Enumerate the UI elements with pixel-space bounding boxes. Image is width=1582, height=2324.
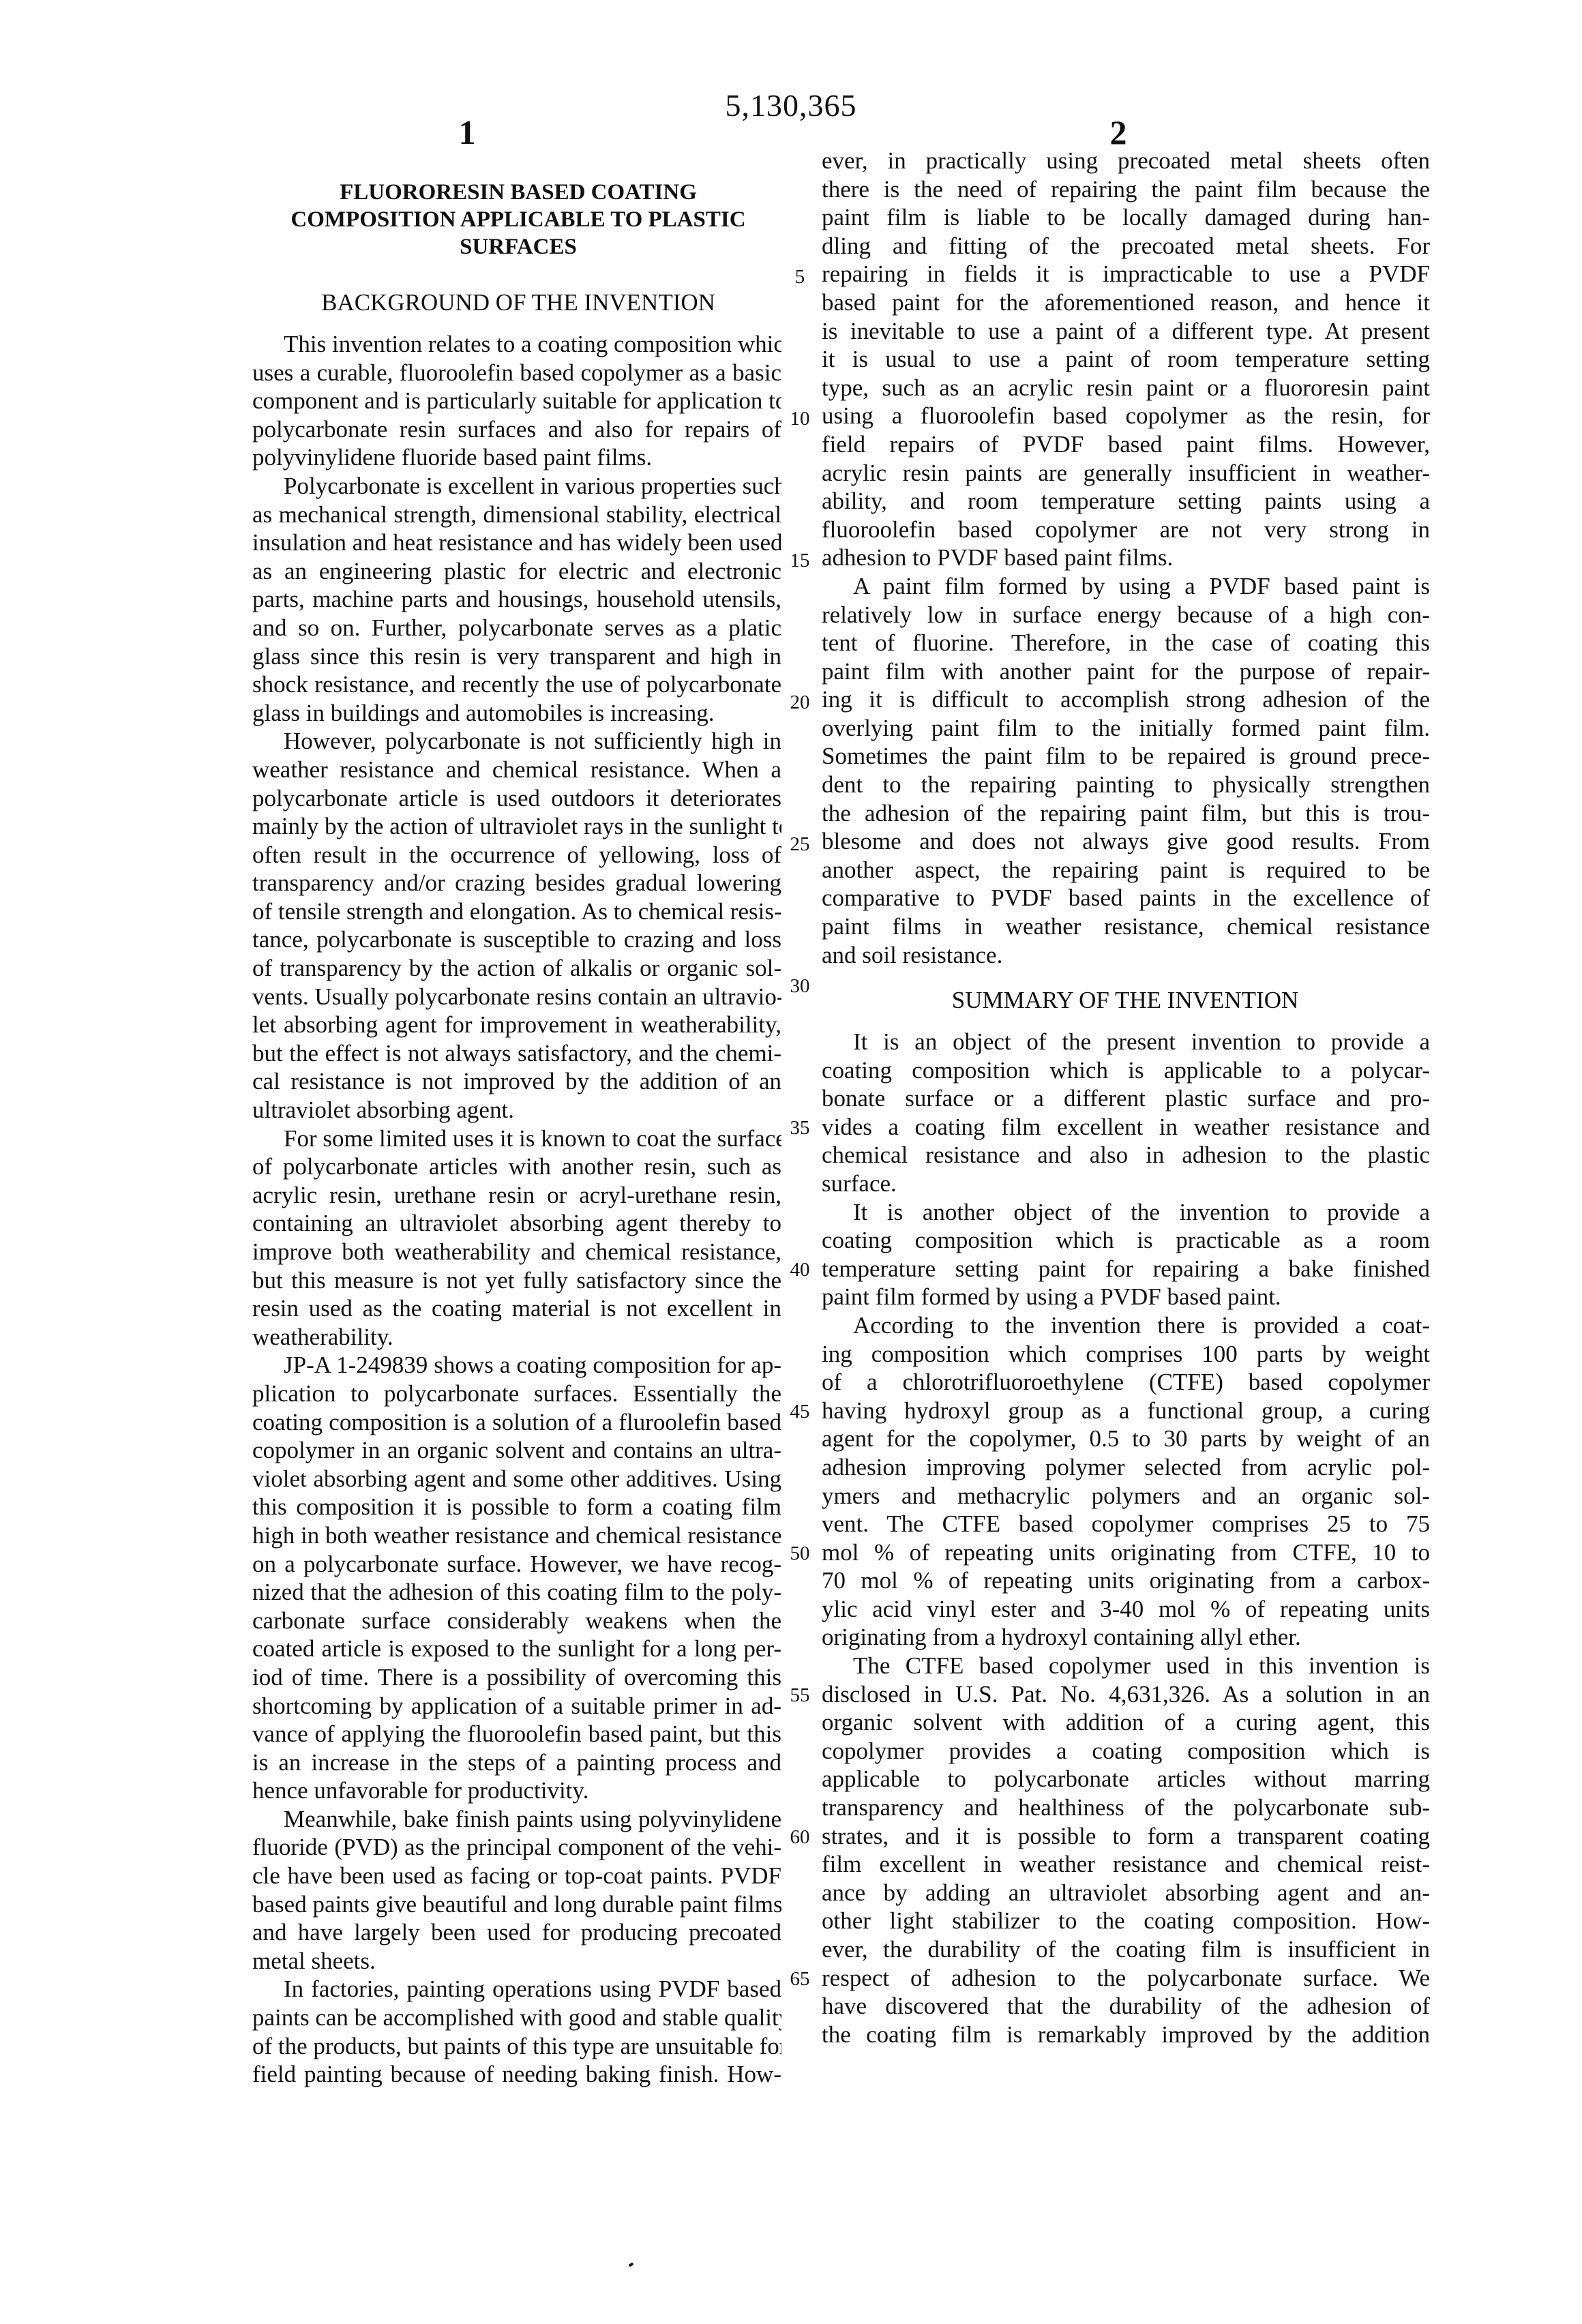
text-line: of the products, but paints of this type… (252, 2032, 781, 2061)
text-line: containing an ultraviolet absorbing agen… (252, 1209, 781, 1238)
title-line: FLUORORESIN BASED COATING (252, 179, 784, 206)
line-number: 15 (783, 550, 817, 572)
text-line: A paint film formed by using a PVDF base… (822, 572, 1430, 601)
text-line: ylic acid vinyl ester and 3-40 mol % of … (822, 1595, 1430, 1624)
text-line: According to the invention there is prov… (822, 1311, 1430, 1340)
text-line: of a chlorotrifluoroethylene (CTFE) base… (822, 1368, 1430, 1397)
text-line: it is usual to use a paint of room tempe… (822, 345, 1430, 374)
text-line: agent for the copolymer, 0.5 to 30 parts… (822, 1425, 1430, 1453)
text-line: repairing in fields it is impracticable … (822, 260, 1430, 288)
text-line: cle have been used as facing or top-coat… (252, 1862, 781, 1890)
text-line: In factories, painting operations using … (252, 1975, 781, 2003)
text-line: have discovered that the durability of t… (822, 1992, 1430, 2021)
text-line: is inevitable to use a paint of a differ… (822, 317, 1430, 346)
text-line: there is the need of repairing the paint… (822, 175, 1430, 204)
line-number: 30 (783, 975, 817, 998)
line-number: 20 (783, 691, 817, 714)
right-column-text-bottom: It is an object of the present invention… (822, 1028, 1430, 2049)
text-line: hence unfavorable for productivity. (252, 1776, 781, 1805)
text-line: this composition it is possible to form … (252, 1493, 781, 1521)
text-line: of polycarbonate articles with another r… (252, 1152, 781, 1181)
text-line: iod of time. There is a possibility of o… (252, 1663, 781, 1692)
text-line: polyvinylidene fluoride based paint film… (252, 443, 781, 472)
text-line: paint films in weather resistance, chemi… (822, 912, 1430, 941)
text-line: comparative to PVDF based paints in the … (822, 884, 1430, 912)
text-line: high in both weather resistance and chem… (252, 1521, 781, 1550)
text-line: as mechanical strength, dimensional stab… (252, 501, 781, 529)
text-line: For some limited uses it is known to coa… (252, 1124, 781, 1153)
text-line: paint film formed by using a PVDF based … (822, 1283, 1430, 1311)
text-line: cal resistance is not improved by the ad… (252, 1067, 781, 1096)
text-line: film excellent in weather resistance and… (822, 1850, 1430, 1879)
line-number: 40 (783, 1259, 817, 1281)
scan-speck (628, 2263, 633, 2267)
text-line: but the effect is not always satisfactor… (252, 1039, 781, 1068)
text-line: paint film with another paint for the pu… (822, 657, 1430, 686)
text-line: paint film is liable to be locally damag… (822, 203, 1430, 232)
text-line: component and is particularly suitable f… (252, 387, 781, 415)
text-line: acrylic resin, urethane resin or acryl-u… (252, 1181, 781, 1210)
text-line: as an engineering plastic for electric a… (252, 557, 781, 586)
text-line: using a fluoroolefin based copolymer as … (822, 402, 1430, 430)
right-column-text-top: ever, in practically using precoated met… (822, 147, 1430, 969)
text-line: ing it is difficult to accomplish strong… (822, 685, 1430, 714)
text-line: tance, polycarbonate is susceptible to c… (252, 925, 781, 954)
text-line: blesome and does not always give good re… (822, 827, 1430, 856)
line-number: 35 (783, 1117, 817, 1139)
text-line: ultraviolet absorbing agent. (252, 1096, 781, 1124)
text-line: nized that the adhesion of this coating … (252, 1578, 781, 1607)
text-line: Meanwhile, bake finish paints using poly… (252, 1805, 781, 1834)
text-line: having hydroxyl group as a functional gr… (822, 1397, 1430, 1425)
text-line: organic solvent with addition of a curin… (822, 1708, 1430, 1737)
text-line: improve both weatherability and chemical… (252, 1238, 781, 1266)
text-line: copolymer provides a coating composition… (822, 1737, 1430, 1766)
text-line: fluoroolefin based copolymer are not ver… (822, 516, 1430, 544)
line-number: 5 (783, 266, 817, 288)
text-line: It is an object of the present invention… (822, 1028, 1430, 1056)
summary-heading: SUMMARY OF THE INVENTION (822, 987, 1429, 1014)
text-line: polycarbonate resin surfaces and also fo… (252, 415, 781, 444)
text-line: of tensile strength and elongation. As t… (252, 897, 781, 926)
text-line: ever, in practically using precoated met… (822, 147, 1430, 175)
text-line: but this measure is not yet fully satisf… (252, 1266, 781, 1295)
text-line: the adhesion of the repairing paint film… (822, 799, 1430, 828)
text-line: acrylic resin paints are generally insuf… (822, 459, 1430, 488)
text-line: insulation and heat resistance and has w… (252, 528, 781, 557)
title-line: SURFACES (252, 233, 784, 260)
text-line: surface. (822, 1170, 1430, 1198)
text-line: vance of applying the fluoroolefin based… (252, 1720, 781, 1748)
text-line: type, such as an acrylic resin paint or … (822, 374, 1430, 402)
text-line: dling and fitting of the precoated metal… (822, 232, 1430, 260)
text-line: strates, and it is possible to form a tr… (822, 1822, 1430, 1851)
line-number: 60 (783, 1826, 817, 1849)
patent-number: 5,130,365 (0, 87, 1582, 123)
text-line: polycarbonate article is used outdoors i… (252, 784, 781, 813)
text-line: fluoride (PVD) as the principal componen… (252, 1833, 781, 1862)
text-line: other light stabilizer to the coating co… (822, 1907, 1430, 1935)
title-line: COMPOSITION APPLICABLE TO PLASTIC (252, 206, 784, 233)
text-line: ymers and methacrylic polymers and an or… (822, 1482, 1430, 1510)
text-line: parts, machine parts and housings, house… (252, 585, 781, 614)
line-number: 55 (783, 1684, 817, 1707)
text-line: weatherability. (252, 1323, 781, 1352)
patent-title: FLUORORESIN BASED COATING COMPOSITION AP… (252, 179, 784, 260)
text-line: glass in buildings and automobiles is in… (252, 699, 781, 728)
text-line: is an increase in the steps of a paintin… (252, 1748, 781, 1777)
text-line: mol % of repeating units originating fro… (822, 1538, 1430, 1567)
patent-page: 5,130,365 1 2 FLUORORESIN BASED COATING … (0, 0, 1582, 2324)
text-line: of transparency by the action of alkalis… (252, 954, 781, 983)
text-line: transparency and/or crazing besides grad… (252, 869, 781, 897)
text-line: This invention relates to a coating comp… (252, 330, 781, 359)
text-line: glass since this resin is very transpare… (252, 642, 781, 671)
text-line: temperature setting paint for repairing … (822, 1255, 1430, 1283)
text-line: Polycarbonate is excellent in various pr… (252, 472, 781, 501)
text-line: ance by adding an ultraviolet absorbing … (822, 1879, 1430, 1907)
text-line: resin used as the coating material is no… (252, 1294, 781, 1323)
column-number-left: 1 (433, 113, 501, 152)
text-line: metal sheets. (252, 1947, 781, 1976)
text-line: weather resistance and chemical resistan… (252, 756, 781, 784)
text-line: another aspect, the repairing paint is r… (822, 856, 1430, 884)
text-line: often result in the occurrence of yellow… (252, 841, 781, 869)
text-line: relatively low in surface energy because… (822, 601, 1430, 629)
text-line: ing composition which comprises 100 part… (822, 1340, 1430, 1369)
text-line: based paints give beautiful and long dur… (252, 1890, 781, 1919)
line-number: 45 (783, 1401, 817, 1423)
text-line: chemical resistance and also in adhesion… (822, 1141, 1430, 1170)
line-number: 25 (783, 833, 817, 856)
text-line: mainly by the action of ultraviolet rays… (252, 812, 781, 841)
text-line: originating from a hydroxyl containing a… (822, 1623, 1430, 1652)
text-line: adhesion improving polymer selected from… (822, 1453, 1430, 1482)
text-line: and so on. Further, polycarbonate serves… (252, 614, 781, 642)
text-line: ability, and room temperature setting pa… (822, 487, 1430, 516)
text-line: disclosed in U.S. Pat. No. 4,631,326. As… (822, 1680, 1430, 1709)
left-column-text: This invention relates to a coating comp… (252, 330, 781, 2089)
text-line: field painting because of needing baking… (252, 2060, 781, 2089)
text-line: tent of fluorine. Therefore, in the case… (822, 629, 1430, 657)
text-line: respect of adhesion to the polycarbonate… (822, 1964, 1430, 1993)
text-line: 70 mol % of repeating units originating … (822, 1566, 1430, 1595)
text-line: dent to the repairing painting to physic… (822, 771, 1430, 799)
text-line: shock resistance, and recently the use o… (252, 670, 781, 699)
text-line: paints can be accomplished with good and… (252, 2003, 781, 2032)
text-line: shortcoming by application of a suitable… (252, 1692, 781, 1720)
text-line: and have largely been used for producing… (252, 1918, 781, 1947)
text-line: vents. Usually polycarbonate resins cont… (252, 983, 781, 1011)
text-line: coating composition which is practicable… (822, 1226, 1430, 1255)
line-number: 50 (783, 1543, 817, 1565)
text-line: vent. The CTFE based copolymer comprises… (822, 1510, 1430, 1538)
text-line: coating composition is a solution of a f… (252, 1408, 781, 1437)
text-line: overlying paint film to the initially fo… (822, 714, 1430, 743)
text-line: plication to polycarbonate surfaces. Ess… (252, 1380, 781, 1408)
text-line: copolymer in an organic solvent and cont… (252, 1436, 781, 1465)
text-line: It is another object of the invention to… (822, 1198, 1430, 1227)
text-line: JP-A 1-249839 shows a coating compositio… (252, 1351, 781, 1380)
text-line: applicable to polycarbonate articles wit… (822, 1765, 1430, 1793)
text-line: the coating film is remarkably improved … (822, 2021, 1430, 2049)
text-line: transparency and healthiness of the poly… (822, 1793, 1430, 1822)
text-line: field repairs of PVDF based paint films.… (822, 430, 1430, 459)
text-line: carbonate surface considerably weakens w… (252, 1607, 781, 1635)
text-line: on a polycarbonate surface. However, we … (252, 1550, 781, 1579)
text-line: The CTFE based copolymer used in this in… (822, 1652, 1430, 1680)
text-line: bonate surface or a different plastic su… (822, 1084, 1430, 1113)
text-line: uses a curable, fluoroolefin based copol… (252, 359, 781, 387)
text-line: and soil resistance. (822, 941, 1430, 970)
text-line: ever, the durability of the coating film… (822, 1935, 1430, 1964)
text-line: coating composition which is applicable … (822, 1056, 1430, 1085)
text-line: adhesion to PVDF based paint films. (822, 543, 1430, 572)
text-line: based paint for the aforementioned reaso… (822, 288, 1430, 317)
line-number: 65 (783, 1968, 817, 1991)
background-heading: BACKGROUND OF THE INVENTION (252, 289, 784, 316)
text-line: let absorbing agent for improvement in w… (252, 1011, 781, 1039)
text-line: Sometimes the paint film to be repaired … (822, 742, 1430, 771)
text-line: vides a coating film excellent in weathe… (822, 1113, 1430, 1142)
text-line: However, polycarbonate is not sufficient… (252, 727, 781, 756)
text-line: violet absorbing agent and some other ad… (252, 1465, 781, 1493)
text-line: coated article is exposed to the sunligh… (252, 1635, 781, 1663)
line-number: 10 (783, 408, 817, 430)
